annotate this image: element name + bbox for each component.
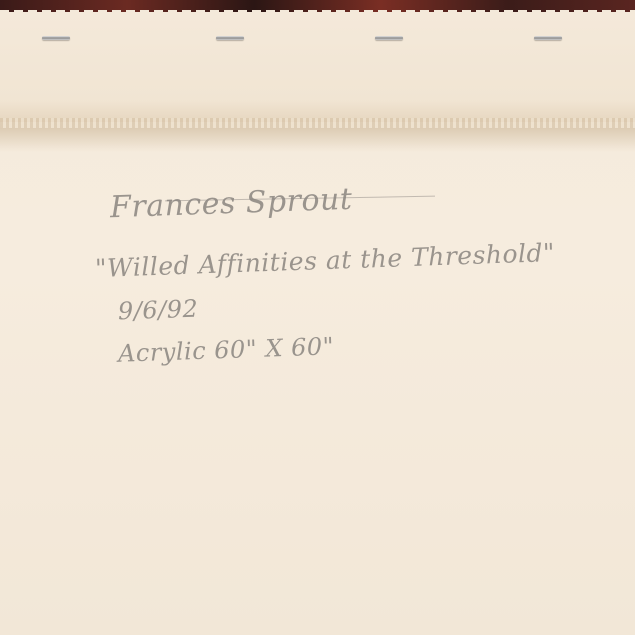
artwork-date: 9/6/92 (118, 295, 199, 326)
staple (42, 36, 70, 40)
staple (216, 36, 244, 40)
canvas-fold-flap (0, 12, 635, 122)
staple (534, 36, 562, 40)
canvas-frayed-edge (0, 118, 635, 128)
painted-edge (0, 0, 635, 12)
staple (375, 36, 403, 40)
flap-shadow (0, 128, 635, 152)
